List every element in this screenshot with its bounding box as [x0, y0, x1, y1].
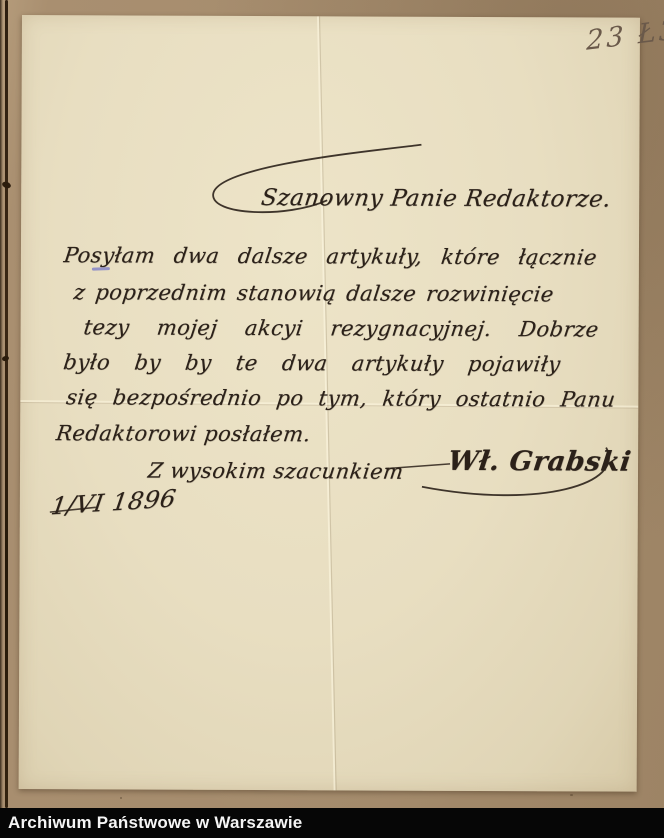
cardboard-left-edge-shadow — [0, 0, 3, 808]
archive-footer-bar: Archiwum Państwowe w Warszawie — [0, 808, 664, 838]
letter-salutation: Szanowny Panie Redaktorze. — [260, 186, 613, 213]
archive-name-label: Archiwum Państwowe w Warszawie — [0, 813, 302, 833]
archival-scan-background: Szanowny Panie Redaktorze. Posyłam dwa d… — [0, 0, 664, 838]
thread-knot — [1, 355, 9, 362]
letter-body-line: Posyłam dwa dalsze artykuły, które łączn… — [62, 244, 598, 269]
blue-pencil-underline — [92, 267, 110, 271]
letter-closing: Z wysokim szacunkiem — [147, 460, 405, 484]
letter-body-line: było by by te dwa artykuły pojawiły — [62, 351, 562, 376]
letter-body-line: z poprzednim stanowią dalsze rozwinięcie — [72, 281, 555, 306]
letter-body-line: się bezpośrednio po tym, który ostatnio … — [65, 386, 617, 411]
letter-signature: Wł. Grabski — [446, 447, 633, 477]
letter-page: Szanowny Panie Redaktorze. Posyłam dwa d… — [19, 15, 640, 792]
dust-speck — [570, 794, 573, 796]
dust-speck — [120, 797, 122, 799]
letter-body-line: Redaktorowi posłałem. — [55, 422, 313, 446]
binding-thread — [5, 0, 8, 808]
letter-body-line: tezy mojej akcyi rezygnacyjnej. Dobrze — [82, 316, 600, 341]
